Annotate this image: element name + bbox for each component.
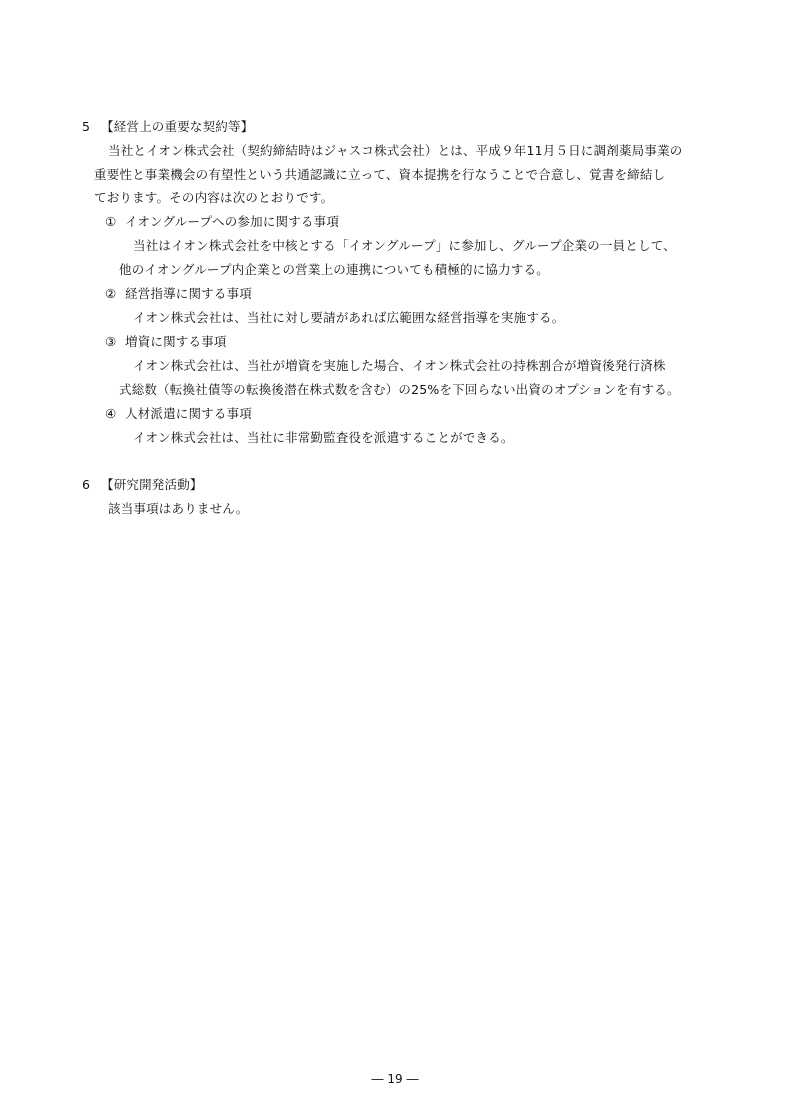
item-body-line: 式総数（転換社債等の転換後潜在株式数を含む）の25%を下回らない出資のオプション…: [119, 382, 680, 398]
item-marker: ①: [105, 214, 116, 230]
item-body-line: イオン株式会社は、当社に非常勤監査役を派遣することができる。: [133, 430, 514, 446]
item-body-line: イオン株式会社は、当社が増資を実施した場合、イオン株式会社の持株割合が増資後発行…: [133, 358, 666, 374]
item-title: 経営指導に関する事項: [125, 286, 252, 302]
item-marker: ④: [105, 406, 116, 422]
section-number: 5: [82, 119, 90, 135]
item-body-line: イオン株式会社は、当社に対し要請があれば広範囲な経営指導を実施する。: [133, 310, 564, 326]
paragraph-line: ております。その内容は次のとおりです。: [94, 190, 333, 206]
item-body-line: 当社はイオン株式会社を中核とする「イオングループ」に参加し、グループ企業の一員と…: [133, 238, 676, 254]
item-title: 増資に関する事項: [125, 334, 227, 350]
item-title: イオングループへの参加に関する事項: [125, 214, 339, 230]
paragraph-line: 当社とイオン株式会社（契約締結時はジャスコ株式会社）とは、平成９年11月５日に調…: [108, 143, 682, 159]
page-number: ― 19 ―: [0, 1071, 790, 1087]
paragraph-line: 該当事項はありません。: [108, 501, 248, 517]
item-title: 人材派遣に関する事項: [125, 406, 252, 422]
section-heading: 【経営上の重要な契約等】: [101, 119, 253, 135]
item-marker: ③: [105, 334, 116, 350]
paragraph-line: 重要性と事業機会の有望性という共通認識に立って、資本提携を行なうことで合意し、覚…: [94, 167, 665, 183]
section-number: 6: [82, 477, 90, 493]
item-body-line: 他のイオングループ内企業との営業上の連携についても積極的に協力する。: [119, 262, 549, 278]
section-heading: 【研究開発活動】: [101, 477, 203, 493]
item-marker: ②: [105, 286, 116, 302]
